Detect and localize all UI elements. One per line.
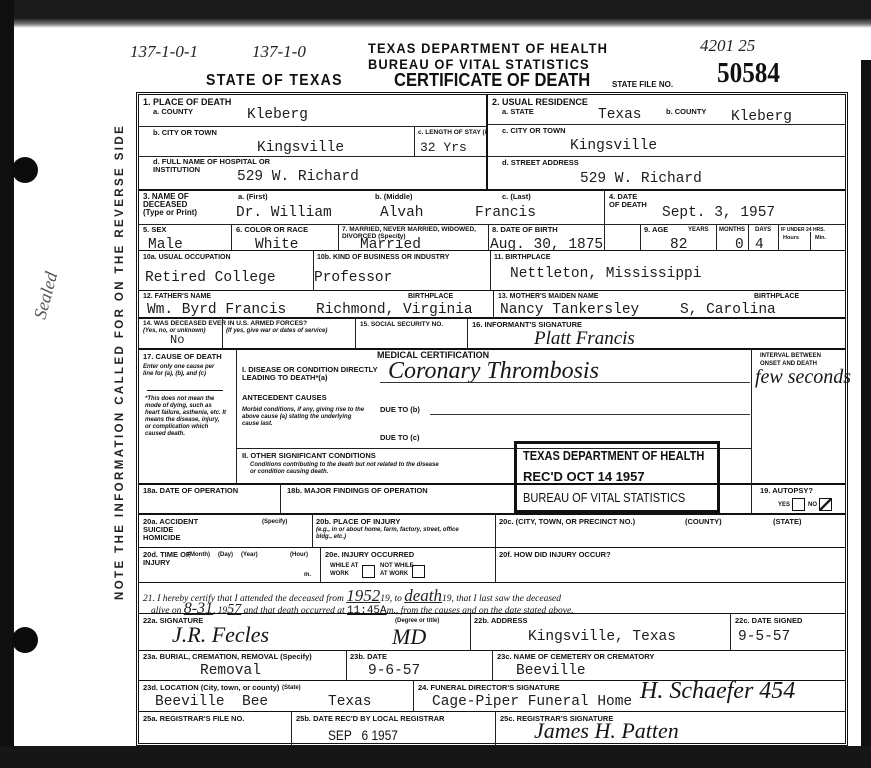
due-to-c-label: DUE TO (c) bbox=[380, 434, 419, 442]
residence-street: 529 W. Richard bbox=[580, 171, 702, 187]
date-signed-label: 22c. DATE SIGNED bbox=[735, 617, 802, 625]
dob-label: 8. DATE OF BIRTH bbox=[492, 226, 558, 234]
first-label: a. (First) bbox=[238, 193, 268, 201]
mother-birthplace: S, Carolina bbox=[680, 302, 776, 318]
funeral-director-label: 24. FUNERAL DIRECTOR'S SIGNATURE bbox=[418, 684, 560, 692]
cause-hint: Enter only one cause per line for (a), (… bbox=[143, 364, 223, 378]
scan-top-border bbox=[0, 0, 871, 28]
funeral-director-signature: H. Schaefer 454 bbox=[640, 678, 795, 705]
birthplace: Nettleton, Mississippi bbox=[510, 266, 701, 282]
registrar-date-label: 25b. DATE REC'D BY LOCAL REGISTRAR bbox=[296, 715, 444, 723]
year-label: (Year) bbox=[241, 551, 258, 559]
autopsy-no-label: NO bbox=[808, 502, 817, 508]
accident-specify: (Specify) bbox=[262, 518, 287, 526]
address-label: 22b. ADDRESS bbox=[474, 617, 528, 625]
date-of-birth: Aug. 30, 1875 bbox=[490, 237, 603, 253]
mother-birthplace-label: BIRTHPLACE bbox=[754, 293, 799, 301]
middle-name: Alvah bbox=[380, 205, 424, 221]
operation-findings-label: 18b. MAJOR FINDINGS OF OPERATION bbox=[287, 487, 428, 495]
physician-signature: J.R. Fecles bbox=[172, 622, 269, 648]
years-label: YEARS bbox=[688, 226, 709, 234]
day-label: (Day) bbox=[218, 551, 233, 559]
residence-city: Kingsville bbox=[570, 138, 657, 154]
not-while-at-work-checkbox[interactable] bbox=[412, 565, 425, 578]
file-ref-2: 137-1-0 bbox=[252, 42, 306, 62]
month-label: (Month) bbox=[188, 551, 210, 559]
mother-name: Nancy Tankersley bbox=[500, 302, 639, 318]
age-label: 9. AGE bbox=[644, 226, 668, 234]
city-label: b. CITY OR TOWN bbox=[153, 129, 353, 137]
file-ref-1: 137-1-0-1 bbox=[130, 42, 198, 62]
length-of-stay: 32 Yrs bbox=[420, 140, 467, 155]
divider bbox=[139, 483, 845, 485]
divider bbox=[139, 290, 845, 291]
age-months: 0 bbox=[735, 237, 744, 253]
days-label: DAYS bbox=[755, 226, 771, 234]
father-birthplace-label: BIRTHPLACE bbox=[408, 293, 453, 301]
reverse-side-note: NOTE THE INFORMATION CALLED FOR ON THE R… bbox=[114, 124, 126, 600]
marital-status: Married bbox=[360, 237, 421, 253]
last-name: Francis bbox=[475, 205, 536, 221]
autopsy-yes-checkbox[interactable] bbox=[792, 498, 805, 511]
other-conditions-label: II. OTHER SIGNIFICANT CONDITIONS bbox=[242, 452, 376, 460]
scan-right-border bbox=[861, 60, 871, 760]
ssn-label: 15. SOCIAL SECURITY NO. bbox=[360, 321, 443, 329]
state-file-number: 50584 bbox=[717, 58, 780, 90]
sealed-annotation: Sealed bbox=[30, 270, 63, 322]
other-conditions-hint: Conditions contributing to the death but… bbox=[250, 462, 445, 476]
injury-county-label: (COUNTY) bbox=[685, 518, 722, 526]
divider bbox=[139, 582, 845, 583]
stamp-line-1: TEXAS DEPARTMENT OF HEALTH bbox=[523, 448, 704, 463]
race: White bbox=[255, 237, 299, 253]
cause-label: 17. CAUSE OF DEATH bbox=[143, 353, 222, 361]
operation-date-label: 18a. DATE OF OPERATION bbox=[143, 487, 238, 495]
injury-place-hint: (e.g., in or about home, farm, factory, … bbox=[316, 527, 476, 541]
death-county: Kleberg bbox=[247, 107, 308, 123]
residence-state: Texas bbox=[598, 107, 642, 123]
divider bbox=[139, 189, 845, 191]
months-label: MONTHS bbox=[719, 226, 745, 234]
business: Professor bbox=[314, 270, 392, 286]
autopsy-no-checkbox-checked[interactable] bbox=[819, 498, 832, 511]
middle-label: b. (Middle) bbox=[375, 193, 413, 201]
autopsy-label: 19. AUTOPSY? bbox=[760, 487, 813, 495]
res-county-label: b. COUNTY bbox=[666, 108, 706, 116]
age-years: 82 bbox=[670, 237, 687, 253]
informant-signature: Platt Francis bbox=[534, 328, 635, 350]
age-days: 4 bbox=[755, 237, 764, 253]
birthplace-label: 11. BIRTHPLACE bbox=[494, 254, 550, 262]
cert-text: and that death occurred at bbox=[244, 606, 345, 616]
place-of-death-section: 1. PLACE OF DEATH a. COUNTY Kleberg b. C… bbox=[139, 95, 488, 189]
scan-left-border bbox=[0, 0, 14, 768]
location-state-label: (State) bbox=[282, 684, 301, 692]
mother-label: 13. MOTHER'S MAIDEN NAME bbox=[498, 293, 598, 301]
armed-forces: No bbox=[170, 333, 184, 347]
part1-label: I. DISEASE OR CONDITION DIRECTLY LEADING… bbox=[242, 366, 382, 382]
disposition: Removal bbox=[200, 663, 261, 679]
funeral-home: Cage-Piper Funeral Home bbox=[432, 694, 632, 710]
received-stamp: TEXAS DEPARTMENT OF HEALTH REC'D OCT 14 … bbox=[514, 441, 720, 513]
autopsy-yes-label: YES bbox=[778, 502, 790, 508]
handwritten-ref: 4201 25 bbox=[700, 36, 755, 56]
state-file-label: STATE FILE NO. bbox=[612, 80, 673, 89]
burial-date-label: 23b. DATE bbox=[350, 653, 387, 661]
physician-degree: MD bbox=[392, 624, 426, 650]
physician-address: Kingsville, Texas bbox=[528, 629, 676, 645]
date-of-death: Sept. 3, 1957 bbox=[662, 205, 775, 221]
binder-hole-icon bbox=[12, 627, 38, 653]
hours-label: Hours bbox=[783, 234, 799, 242]
usual-residence-section: 2. USUAL RESIDENCE a. STATE Texas b. COU… bbox=[488, 95, 845, 189]
sex: Male bbox=[148, 237, 183, 253]
accident-label: 20a. ACCIDENT SUICIDE HOMICIDE bbox=[143, 518, 203, 542]
due-to-b-label: DUE TO (b) bbox=[380, 406, 420, 414]
occupation-label: 10a. USUAL OCCUPATION bbox=[143, 254, 231, 262]
cause-footnote: *This does not mean the mode of dying, s… bbox=[145, 396, 227, 438]
name-label: 3. NAME OF DECEASED (Type or Print) bbox=[143, 193, 209, 217]
dept-title: TEXAS DEPARTMENT OF HEALTH bbox=[368, 40, 608, 56]
state-label: STATE OF TEXAS bbox=[206, 72, 343, 90]
residence-county: Kleberg bbox=[731, 109, 792, 125]
residence-label: 2. USUAL RESIDENCE bbox=[492, 98, 588, 106]
burial-date: 9-6-57 bbox=[368, 663, 420, 679]
injury-city-label: 20c. (CITY, TOWN, OR PRECINCT NO.) bbox=[499, 518, 635, 526]
location-label: 23d. LOCATION (City, town, or county) bbox=[143, 684, 279, 692]
stamp-line-3: BUREAU OF VITAL STATISTICS bbox=[523, 490, 685, 505]
father-birthplace: Richmond, Virginia bbox=[316, 302, 473, 318]
antecedent-hint: Morbid conditions, if any, giving rise t… bbox=[242, 407, 367, 428]
how-injury-label: 20f. HOW DID INJURY OCCUR? bbox=[499, 551, 611, 559]
burial-location-state: Texas bbox=[328, 694, 372, 710]
last-seen-year: 57 bbox=[227, 602, 241, 617]
death-city: Kingsville bbox=[257, 140, 344, 156]
father-name: Wm. Byrd Francis bbox=[147, 302, 286, 318]
cause-a: Coronary Thrombosis bbox=[388, 358, 599, 385]
business-label: 10b. KIND OF BUSINESS OR INDUSTRY bbox=[317, 254, 449, 262]
injury-place-label: 20b. PLACE OF INJURY bbox=[316, 518, 400, 526]
minutes-label: Min. bbox=[815, 234, 826, 242]
time-of-death: 11:45A bbox=[347, 605, 387, 617]
armed-forces-service-hint: (If yes, give war or dates of service) bbox=[226, 328, 327, 335]
injury-occurred-label: 20e. INJURY OCCURRED bbox=[325, 551, 414, 559]
divider bbox=[139, 348, 845, 350]
last-label: c. (Last) bbox=[502, 193, 531, 201]
race-label: 6. COLOR OR RACE bbox=[236, 226, 308, 234]
cemetery: Beeville bbox=[516, 663, 586, 679]
cemetery-label: 23c. NAME OF CEMETERY OR CREMATORY bbox=[497, 653, 654, 661]
interval-value: few seconds bbox=[755, 366, 851, 389]
date-of-death-label: 4. DATE OF DEATH bbox=[609, 193, 649, 209]
scan-bottom-border bbox=[0, 746, 871, 768]
county-label: a. COUNTY bbox=[153, 108, 193, 116]
armed-forces-label: 14. WAS DECEASED EVER IN U.S. ARMED FORC… bbox=[143, 320, 307, 328]
last-seen-alive: 8-31 bbox=[184, 600, 213, 617]
registrar-date: SEP 6 1957 bbox=[328, 727, 398, 743]
autopsy-yes[interactable]: YES bbox=[778, 498, 805, 511]
first-name: Dr. William bbox=[236, 205, 332, 221]
hour-label: (Hour) bbox=[290, 551, 308, 559]
certificate-title: CERTIFICATE OF DEATH bbox=[394, 70, 590, 91]
burial-location: Beeville Bee bbox=[155, 694, 268, 710]
antecedent-label: ANTECEDENT CAUSES bbox=[242, 394, 327, 402]
date-signed: 9-5-57 bbox=[738, 629, 790, 645]
occupation: Retired College bbox=[145, 270, 276, 286]
res-street-label: d. STREET ADDRESS bbox=[502, 159, 579, 167]
injury-state-label: (STATE) bbox=[773, 518, 801, 526]
cert-text: , 19 bbox=[213, 606, 227, 616]
disposition-label: 23a. BURIAL, CREMATION, REMOVAL (Specify… bbox=[143, 653, 312, 661]
divider bbox=[139, 711, 845, 712]
registrar-file-label: 25a. REGISTRAR'S FILE NO. bbox=[143, 715, 244, 723]
divider bbox=[139, 513, 845, 515]
registrar-signature: James H. Patten bbox=[534, 718, 679, 744]
sex-label: 5. SEX bbox=[143, 226, 166, 234]
divider bbox=[139, 547, 845, 548]
hospital-address: 529 W. Richard bbox=[237, 169, 359, 185]
father-label: 12. FATHER'S NAME bbox=[143, 293, 211, 301]
cert-text: m., from the causes and on the date stat… bbox=[387, 606, 574, 616]
while-at-work-checkbox[interactable] bbox=[362, 565, 375, 578]
res-city-label: c. CITY OR TOWN bbox=[502, 127, 565, 135]
injury-time-label: 20d. TIME OF INJURY bbox=[143, 551, 193, 567]
cert-text: alive on bbox=[151, 606, 181, 616]
place-of-death-label: 1. PLACE OF DEATH bbox=[143, 98, 231, 106]
autopsy-no[interactable]: NO bbox=[808, 498, 832, 511]
binder-hole-icon bbox=[12, 157, 38, 183]
m-label: m. bbox=[304, 571, 311, 579]
stay-label: c. LENGTH OF STAY (in this place) bbox=[418, 129, 488, 137]
under-24-label: IF UNDER 24 HRS. bbox=[781, 226, 825, 234]
stamp-received-date: REC'D OCT 14 1957 bbox=[523, 469, 645, 484]
while-at-work-label: WHILE AT WORK bbox=[330, 562, 365, 578]
res-state-label: a. STATE bbox=[502, 108, 534, 116]
